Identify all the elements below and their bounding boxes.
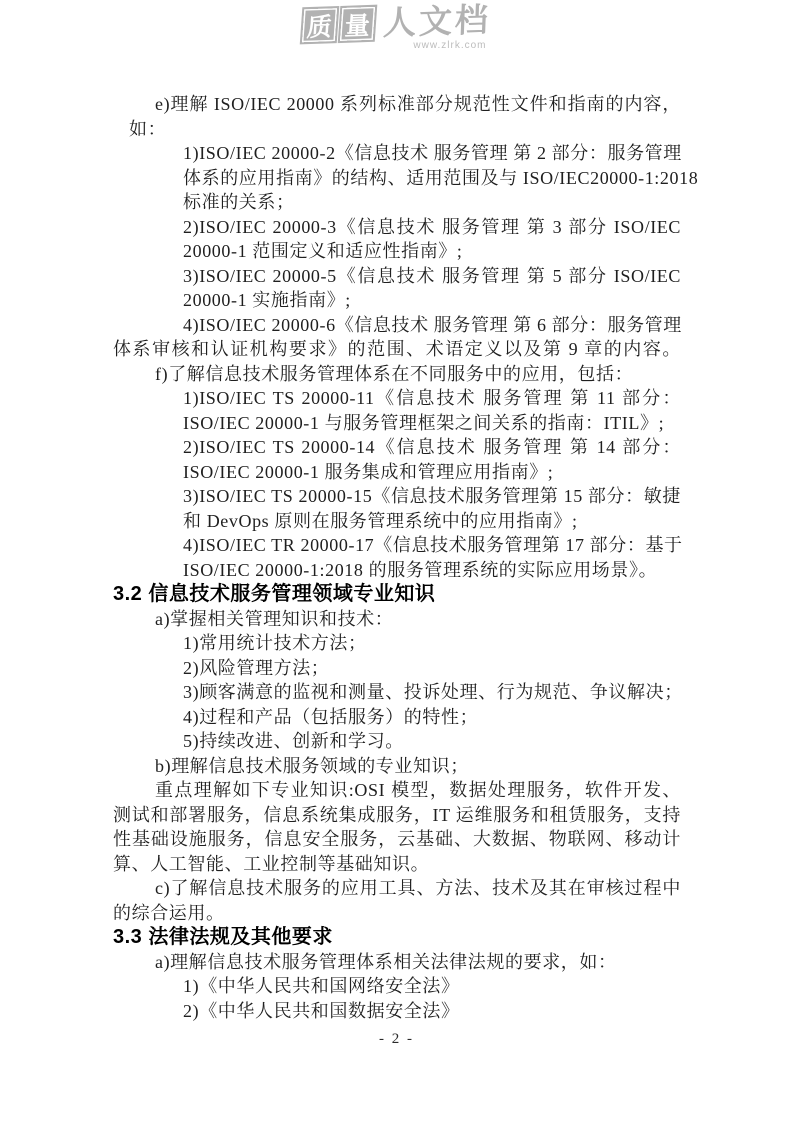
text-line: 性基础设施服务，信息安全服务，云基础、大数据、物联网、移动计 [113,827,681,852]
text-line: 20000-1 实施指南》; [183,288,681,313]
text-line: 2)ISO/IEC TS 20000-14《信息技术 服务管理 第 14 部分： [183,435,681,460]
text-line: 的综合运用。 [113,901,681,926]
text-line: 5)持续改进、创新和学习。 [183,729,681,754]
text-line: 20000-1 范围定义和适应性指南》; [183,239,681,264]
text-line: 测试和部署服务，信息系统集成服务，IT 运维服务和租赁服务，支持 [113,803,681,828]
text-line: 算、人工智能、工业控制等基础知识。 [113,852,681,877]
text-line: 体系审核和认证机构要求》的范围、术语定义以及第 9 章的内容。 [113,337,681,362]
text-line: 2)《中华人民共和国数据安全法》 [183,999,681,1024]
text-line: 1)《中华人民共和国网络安全法》 [183,974,681,999]
text-line: b)理解信息技术服务领域的专业知识； [155,754,681,779]
watermark-brand-row: 质 量 人文档 [302,3,491,43]
text-line: 4)ISO/IEC 20000-6《信息技术 服务管理 第 6 部分：服务管理 [183,313,681,338]
watermark-brand-text: 人文档 [382,3,491,40]
text-line: 重点理解如下专业知识:OSI 模型，数据处理服务，软件开发、 [155,778,681,803]
text-line: e)理解 ISO/IEC 20000 系列标准部分规范性文件和指南的内容， [155,92,681,117]
text-line: a)掌握相关管理知识和技术： [155,607,681,632]
section-heading: 3.2 信息技术服务管理领域专业知识 [113,582,681,607]
text-line: 4)过程和产品（包括服务）的特性； [183,705,681,730]
watermark-logo: 质 量 人文档 www.zlrk.com [303,6,491,51]
text-line: 如： [129,117,681,142]
text-line: 2)风险管理方法； [183,656,681,681]
document-page: 质 量 人文档 www.zlrk.com e)理解 ISO/IEC 20000 … [0,0,793,1122]
text-line: 体系的应用指南》的结构、适用范围及与 ISO/IEC20000-1:2018 [183,166,681,191]
section-heading: 3.3 法律法规及其他要求 [113,925,681,950]
text-line: 标准的关系； [183,190,681,215]
text-line: 3)ISO/IEC 20000-5《信息技术 服务管理 第 5 部分 ISO/I… [183,264,681,289]
text-line: c)了解信息技术服务的应用工具、方法、技术及其在审核过程中 [155,876,681,901]
watermark-tile: 量 [339,7,374,41]
page-number: - 2 - [0,1031,793,1048]
text-line: 和 DevOps 原则在服务管理系统中的应用指南》; [183,509,681,534]
text-line: 1)常用统计技术方法； [183,631,681,656]
text-line: 2)ISO/IEC 20000-3《信息技术 服务管理 第 3 部分 ISO/I… [183,215,681,240]
text-line: 1)ISO/IEC 20000-2《信息技术 服务管理 第 2 部分：服务管理 [183,141,681,166]
text-line: a)理解信息技术服务管理体系相关法律法规的要求，如： [155,950,681,975]
text-line: 4)ISO/IEC TR 20000-17《信息技术服务管理第 17 部分：基于 [183,533,681,558]
document-body: e)理解 ISO/IEC 20000 系列标准部分规范性文件和指南的内容，如：1… [113,92,681,1023]
watermark-tile-char: 质 [305,7,333,44]
text-line: ISO/IEC 20000-1 与服务管理框架之间关系的指南：ITIL》; [183,411,681,436]
text-line: 1)ISO/IEC TS 20000-11《信息技术 服务管理 第 11 部分： [183,386,681,411]
text-line: 3)顾客满意的监视和测量、投诉处理、行为规范、争议解决； [183,680,681,705]
text-line: ISO/IEC 20000-1:2018 的服务管理系统的实际应用场景》。 [183,558,681,583]
text-line: f)了解信息技术服务管理体系在不同服务中的应用，包括： [155,362,681,387]
text-line: ISO/IEC 20000-1 服务集成和管理应用指南》; [183,460,681,485]
watermark-tile: 质 [301,8,336,42]
watermark-tile-char: 量 [343,5,371,42]
text-line: 3)ISO/IEC TS 20000-15《信息技术服务管理第 15 部分：敏捷 [183,484,681,509]
